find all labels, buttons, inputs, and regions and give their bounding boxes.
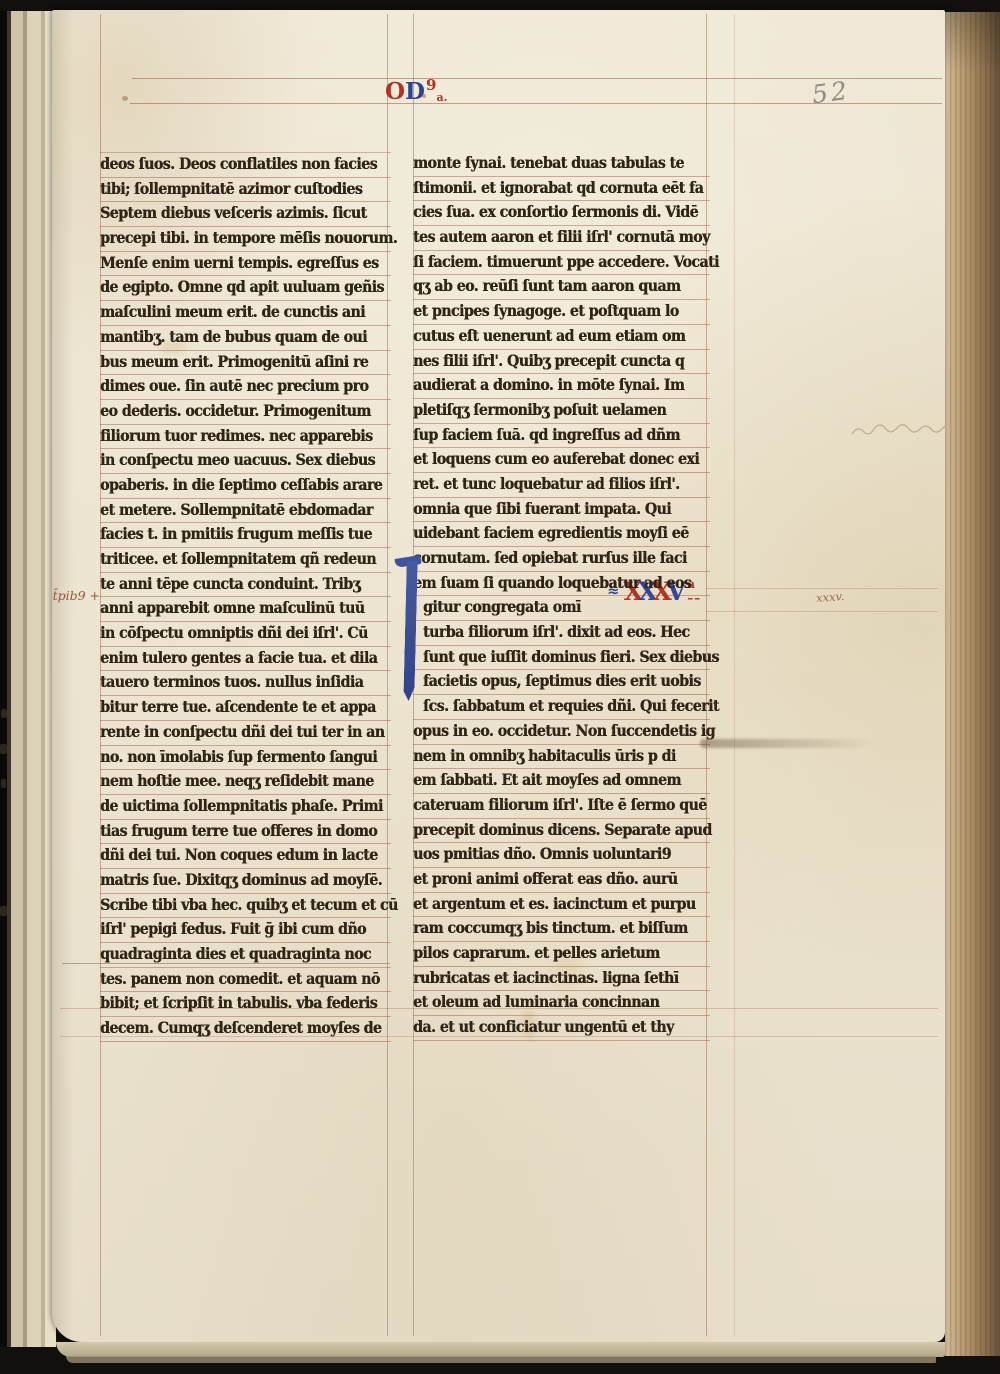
manuscript-text-line: pilos caprarum. et pelles arietum — [413, 942, 710, 967]
manuscript-text-line: facies t. in pmitiis frugum meſſis tue — [100, 523, 391, 548]
manuscript-text-line: Septem diebus veſceris azimis. ſicut — [100, 202, 391, 227]
manuscript-text-line: eo dederis. occidetur. Primogenitum — [100, 400, 391, 425]
manuscript-text-line: et metere. Sollempnitatē ebdomadar — [100, 499, 391, 524]
manuscript-text-line: ram coccumqʒ bis tinctum. et biſſum — [413, 917, 710, 942]
running-title-letter: D — [405, 78, 425, 105]
manuscript-text-line: omnia que ſibi fuerant impata. Qui — [413, 498, 710, 523]
parchment-page: OD9a. 52 t̄pib9 + xxxv. deos ſuos. Deos … — [52, 10, 945, 1342]
text-column-right: ≈ XXXV a –– monte ſynai. tenebat duas ta… — [413, 152, 710, 1007]
manuscript-text-line: enim tulero gentes a facie tua. et dila — [100, 647, 391, 672]
manuscript-text-line: cateruam filiorum iſrl'. Iſte ē ſermo qu… — [413, 794, 710, 819]
manuscript-text-line: triticee. et ſollempnitatem qñ redeun — [100, 548, 391, 573]
manuscript-text-line: bus meum erit. Primogenitū aſini re — [100, 351, 391, 376]
ruling-vertical-line — [734, 14, 735, 1336]
running-title: OD9a. — [385, 76, 447, 105]
manuscript-text-line: deos ſuos. Deos conflatiles non facies — [100, 152, 391, 178]
manuscript-text-line: em ſabbati. Et ait moyſes ad omnem — [413, 769, 710, 794]
manuscript-text-line: decem. Cumqʒ deſcenderet moyſes de — [100, 1017, 391, 1042]
manuscript-text-line: et pncipes ſynagoge. et poſtquam lo — [413, 300, 710, 325]
manuscript-photo: OD9a. 52 t̄pib9 + xxxv. deos ſuos. Deos … — [0, 0, 1000, 1374]
manuscript-text-line: nes filii iſrl'. Quibʒ precepit cuncta q — [413, 350, 710, 375]
manuscript-text-line: ſup faciem ſuā. qd ingreſſus ad dñm — [413, 424, 710, 449]
manuscript-text-line: maſculini meum erit. de cunctis ani — [100, 301, 391, 326]
manuscript-text-line: opaberis. in die ſeptimo ceſſabis arare — [100, 474, 391, 499]
manuscript-text-line: quadraginta dies et quadraginta noc — [100, 943, 391, 968]
manuscript-text-line: rubricatas et iacinctinas. ligna ſethī — [413, 967, 710, 992]
ink-smudge — [700, 739, 876, 748]
manuscript-text-line: da. et ut conficiatur ungentū et thy — [413, 1016, 710, 1041]
manuscript-text-line: ſunt que iuſſit dominus fieri. Sex diebu… — [413, 646, 710, 671]
manuscript-text-line: precepi tibi. in tempore mēſis nouorum. — [100, 227, 391, 252]
manuscript-text-line: et argentum et es. iacinctum et purpu — [413, 893, 710, 918]
running-title-abbreviation: 9 — [426, 76, 436, 94]
manuscript-text-line: mantibʒ. tam de bubus quam de oui — [100, 326, 391, 351]
manuscript-text-line: tes autem aaron et filii iſrl' cornutā m… — [413, 226, 710, 251]
manuscript-text-line: et loquens cum eo auferebat donec exi — [413, 448, 710, 473]
margin-note-chapter: xxxv. — [816, 589, 845, 605]
manuscript-text-line: no. non īmolabis ſup fermento ſangui — [100, 746, 391, 771]
parchment-stain — [122, 96, 128, 101]
manuscript-text-line: anni apparebit omne maſculinū tuū — [100, 597, 391, 622]
manuscript-text-line: cies ſua. ex conſortio ſermonis di. Vidē — [413, 201, 710, 226]
manuscript-text-line: in conſpectu meo uacuus. Sex diebus — [100, 449, 391, 474]
manuscript-text-line: qʒ ab eo. reūſi ſunt tam aaron quam — [413, 275, 710, 300]
manuscript-text-line: gitur congregata omī — [413, 596, 710, 621]
manuscript-text-line: ſi faciem. timuerunt ppe accedere. Vocat… — [413, 251, 710, 276]
running-title-letter: O — [385, 78, 405, 105]
manuscript-text-line: cutus eſt uenerunt ad eum etiam om — [413, 325, 710, 350]
manuscript-text-line: tauero terminos tuos. nullus inſidia — [100, 671, 391, 696]
manuscript-text-line: uidebant faciem egredientis moyſi eē — [413, 522, 710, 547]
manuscript-text-line: ret. et tunc loquebatur ad filios iſrl'. — [413, 473, 710, 498]
text-column-left: deos ſuos. Deos conflatiles non faciesti… — [100, 152, 391, 1007]
ruling-margin-line — [706, 588, 938, 589]
bottom-page-edge-under — [66, 1356, 936, 1363]
prev-page-text-fragment — [0, 906, 7, 916]
manuscript-text-line: matris ſue. Dixitqʒ dominus ad moyſē. — [100, 869, 391, 894]
manuscript-text-line: turba filiorum iſrl'. dixit ad eos. Hec — [413, 621, 710, 646]
manuscript-text-line: de egipto. Omne qd apit uuluam geñis — [100, 276, 391, 301]
manuscript-text-line: monte ſynai. tenebat duas tabulas te — [413, 152, 710, 177]
manuscript-text-line: ſtimonii. et ignorabat qd cornuta eēt fa — [413, 177, 710, 202]
margin-note-left: t̄pib9 + — [52, 588, 100, 603]
manuscript-text-line: facietis opus, ſeptimus dies erit uobis — [413, 670, 710, 695]
manuscript-text-line: pletiſqʒ ſermonibʒ poſuit uelamen — [413, 399, 710, 424]
manuscript-text-line: rente in conſpectu dñi dei tui ter in an — [100, 721, 391, 746]
manuscript-text-line: et proni animi offerat eas dño. aurū — [413, 868, 710, 893]
manuscript-text-line: filiorum tuor redimes. nec apparebis — [100, 425, 391, 450]
manuscript-text-line: Menſe enim uerni tempis. egreſſus es — [100, 252, 391, 277]
manuscript-text-line: iſrl' pepigi fedus. Fuit ḡ ibi cum dño — [100, 918, 391, 943]
prev-page-text-fragment — [1, 779, 6, 788]
manuscript-text-line: de uictima ſollempnitatis phaſe. Primi — [100, 795, 391, 820]
manuscript-text-line: dñi dei tui. Non coques edum in lacte — [100, 844, 391, 869]
manuscript-text-line: nem hoſtie mee. neqʒ reſidebit mane — [100, 770, 391, 795]
manuscript-text-line: te anni tēpe cuncta conduint. Tribʒ — [100, 573, 391, 598]
manuscript-text-line: tes. panem non comedit. et aquam nō — [100, 968, 391, 993]
manuscript-text-line: uos pmitias dño. Omnis uoluntari9 — [413, 843, 710, 868]
manuscript-text-line: em ſuam ſi quando loquebatur ad eos — [413, 572, 710, 597]
manuscript-text-line: opus in eo. occidetur. Non ſuccendetis i… — [413, 720, 710, 745]
manuscript-text-line: in cōſpectu omniptis dñi dei iſrl'. Cū — [100, 622, 391, 647]
manuscript-text-line: cornutam. ſed opiebat rurſus ille faci — [413, 547, 710, 572]
fore-edge-page-stack — [945, 12, 1000, 1356]
manuscript-text-line: tias frugum terre tue offeres in domo — [100, 820, 391, 845]
manuscript-text-line: et oleum ad luminaria concinnan — [413, 991, 710, 1016]
prev-page-text-fragment — [0, 744, 7, 754]
manuscript-text-line: dimes oue. ſin autē nec precium pro — [100, 375, 391, 400]
running-title-flourish: a. — [436, 91, 447, 104]
manuscript-text-line: precepit dominus dicens. Separate apud — [413, 819, 710, 844]
manuscript-text-line: bitur terre tue. aſcendente te et appa — [100, 696, 391, 721]
manuscript-text-line: Scribe tibi vba hec. quibʒ et tecum et c… — [100, 894, 391, 919]
manuscript-text-line: ſcs. ſabbatum et requies dñi. Qui feceri… — [413, 695, 710, 720]
manuscript-text-line: bibit; et ſcripſit in tabulis. vba feder… — [100, 992, 391, 1017]
illuminated-initial-I — [395, 556, 423, 704]
manuscript-text-line: tibi; ſollempnitatē azimor cuſtodies — [100, 178, 391, 203]
book-gutter-page-edges — [0, 11, 56, 1347]
folio-number: 52 — [810, 76, 851, 109]
bottom-page-edge — [56, 1342, 945, 1357]
ruling-margin-line — [706, 611, 938, 612]
manuscript-text-line: nem in omnibʒ habitaculis ūris p di — [413, 745, 710, 770]
initial-stem — [403, 561, 417, 701]
prev-page-text-fragment — [1, 709, 7, 718]
manuscript-text-line: audierat a domino. in mōte ſynai. Im — [413, 374, 710, 399]
